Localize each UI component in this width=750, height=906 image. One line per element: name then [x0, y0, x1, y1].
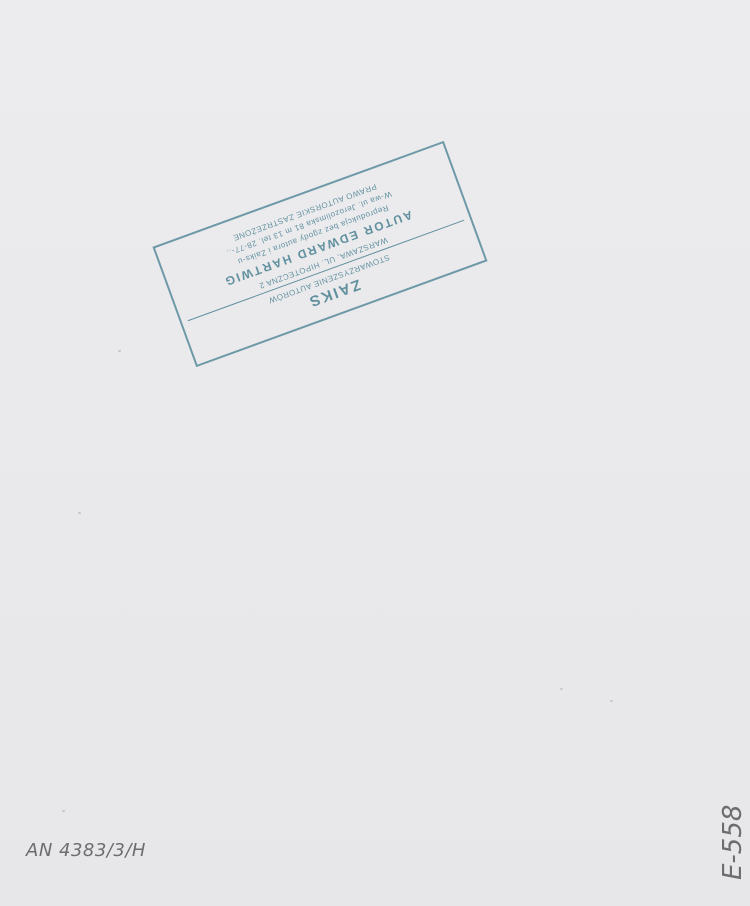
paper-speck [78, 512, 81, 514]
paper-speck [62, 810, 65, 812]
paper-speck [610, 700, 613, 702]
handwritten-code: E-558 [718, 805, 748, 880]
paper-speck [560, 688, 563, 690]
handwritten-reference: AN 4383/3/H [26, 840, 146, 861]
paper-speck [118, 350, 121, 352]
photo-verso-background [0, 0, 750, 906]
